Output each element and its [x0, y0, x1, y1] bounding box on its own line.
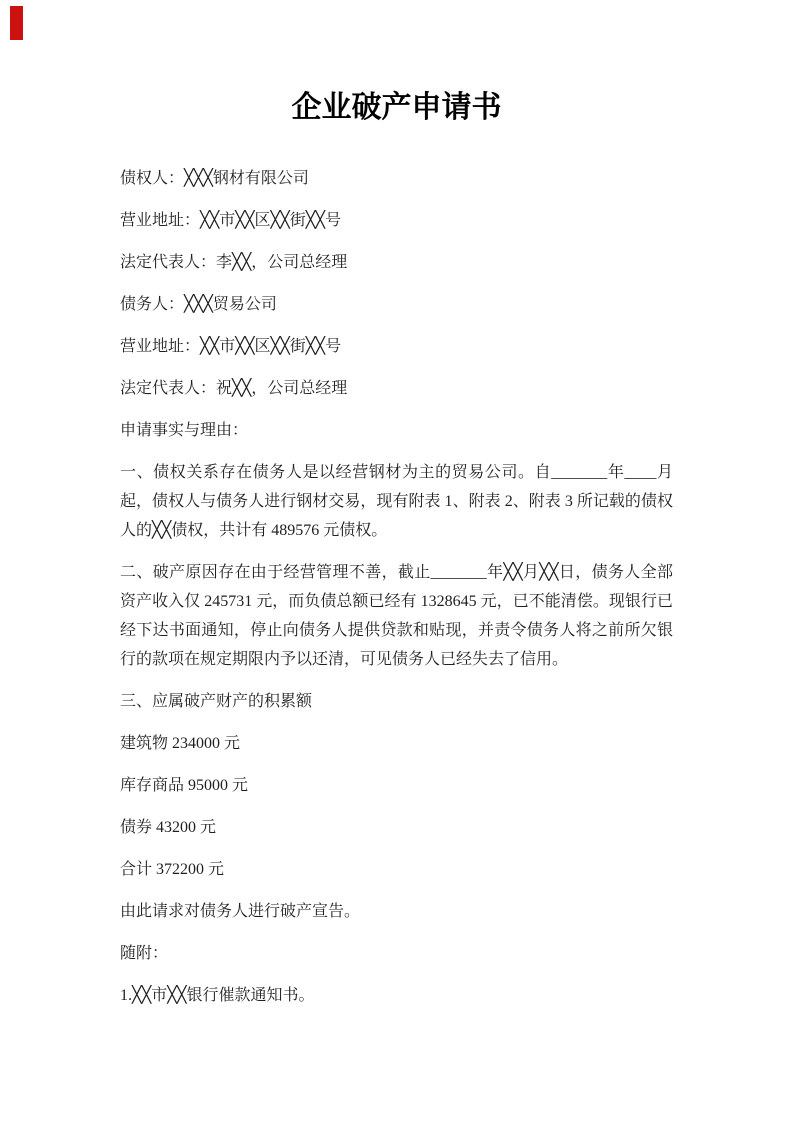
debtor-legal-rep-line: 法定代表人：祝╳╳，公司总经理 — [120, 374, 673, 403]
attachment-item-bank-notice: 1.╳╳市╳╳银行催款通知书。 — [120, 981, 673, 1010]
debtor-name-line: 债务人：╳╳╳贸易公司 — [120, 290, 673, 319]
red-corner-marker — [10, 6, 23, 40]
fact-item-bankruptcy-cause: 二、破产原因存在由于经营管理不善，截止_______年╳╳月╳╳日，债务人全部资… — [120, 558, 673, 674]
creditor-name-line: 债权人：╳╳╳钢材有限公司 — [120, 164, 673, 193]
fact-item-assets-heading: 三、应属破产财产的积累额 — [120, 687, 673, 716]
asset-line-bonds: 债券 43200 元 — [120, 813, 673, 842]
facts-reasons-heading: 申请事实与理由： — [120, 416, 673, 445]
asset-line-buildings: 建筑物 234000 元 — [120, 729, 673, 758]
debtor-address-line: 营业地址：╳╳市╳╳区╳╳街╳╳号 — [120, 332, 673, 361]
asset-line-inventory: 库存商品 95000 元 — [120, 771, 673, 800]
document-title: 企业破产申请书 — [120, 88, 673, 128]
asset-line-total: 合计 372200 元 — [120, 855, 673, 884]
fact-item-creditor-relationship: 一、债权关系存在债务人是以经营钢材为主的贸易公司。自_______年____月起… — [120, 458, 673, 545]
document-page: 企业破产申请书 债权人：╳╳╳钢材有限公司 营业地址：╳╳市╳╳区╳╳街╳╳号 … — [0, 0, 793, 1122]
document-content: 企业破产申请书 债权人：╳╳╳钢材有限公司 营业地址：╳╳市╳╳区╳╳街╳╳号 … — [0, 0, 793, 1010]
request-declaration-line: 由此请求对债务人进行破产宣告。 — [120, 897, 673, 926]
creditor-address-line: 营业地址：╳╳市╳╳区╳╳街╳╳号 — [120, 206, 673, 235]
attachments-heading: 随附： — [120, 939, 673, 968]
creditor-legal-rep-line: 法定代表人：李╳╳，公司总经理 — [120, 248, 673, 277]
